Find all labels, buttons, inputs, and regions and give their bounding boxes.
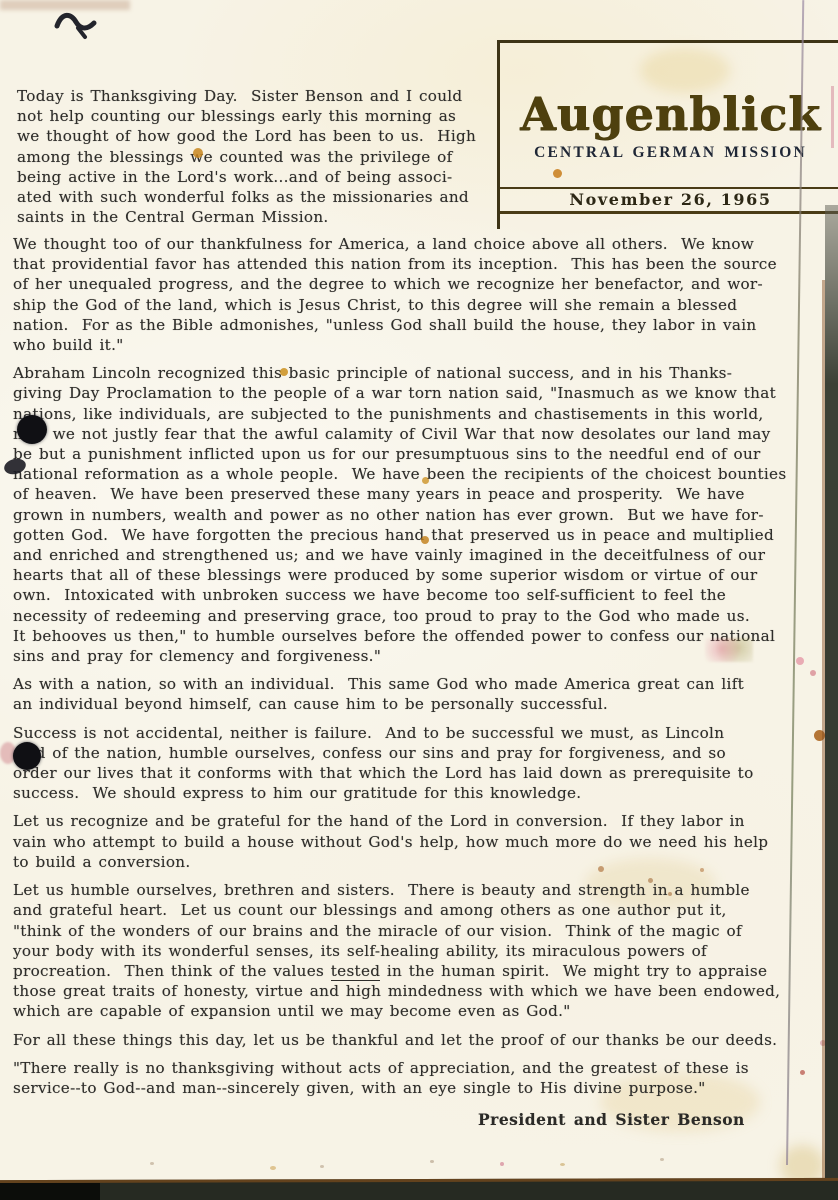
dust-speck [270, 1166, 276, 1170]
body-paragraph: Let us humble ourselves, brethren and si… [13, 880, 827, 1021]
dust-speck [430, 1160, 434, 1163]
smudge-top-left [0, 0, 130, 10]
letter-body: We thought too of our thankfulness for A… [13, 234, 827, 1129]
dust-speck [660, 1158, 664, 1161]
dust-speck [150, 1162, 154, 1165]
body-paragraph: "There really is no thanksgiving without… [13, 1058, 827, 1098]
masthead-box: Augenblick CENTRAL GERMAN MISSION Novemb… [497, 40, 838, 229]
body-paragraph: As with a nation, so with an individual.… [13, 674, 827, 714]
body-paragraph: Let us recognize and be grateful for the… [13, 811, 827, 872]
scanned-newsletter-page: Augenblick CENTRAL GERMAN MISSION Novemb… [0, 0, 838, 1200]
body-paragraph: Today is Thanksgiving Day. Sister Benson… [17, 86, 476, 227]
signature: President and Sister Benson [478, 1110, 827, 1129]
dust-speck [560, 1163, 565, 1166]
scan-corner-bottom-left [0, 1183, 100, 1200]
body-paragraph: Abraham Lincoln recognized this basic pr… [13, 363, 827, 666]
mission-name: CENTRAL GERMAN MISSION [500, 144, 838, 162]
body-paragraph: For all these things this day, let us be… [13, 1030, 827, 1050]
body-paragraph: We thought too of our thankfulness for A… [13, 234, 827, 355]
date-rule-bottom [500, 211, 838, 214]
dust-speck [320, 1165, 324, 1168]
body-paragraph: Success is not accidental, neither is fa… [13, 723, 827, 804]
scan-edge-bottom [0, 1178, 838, 1200]
date-rule-top [500, 187, 838, 189]
stain [780, 1145, 825, 1187]
dust-speck [500, 1162, 504, 1166]
ink-scribble [52, 8, 102, 44]
issue-date: November 26, 1965 [500, 190, 838, 209]
newsletter-title: Augenblick [500, 91, 838, 137]
